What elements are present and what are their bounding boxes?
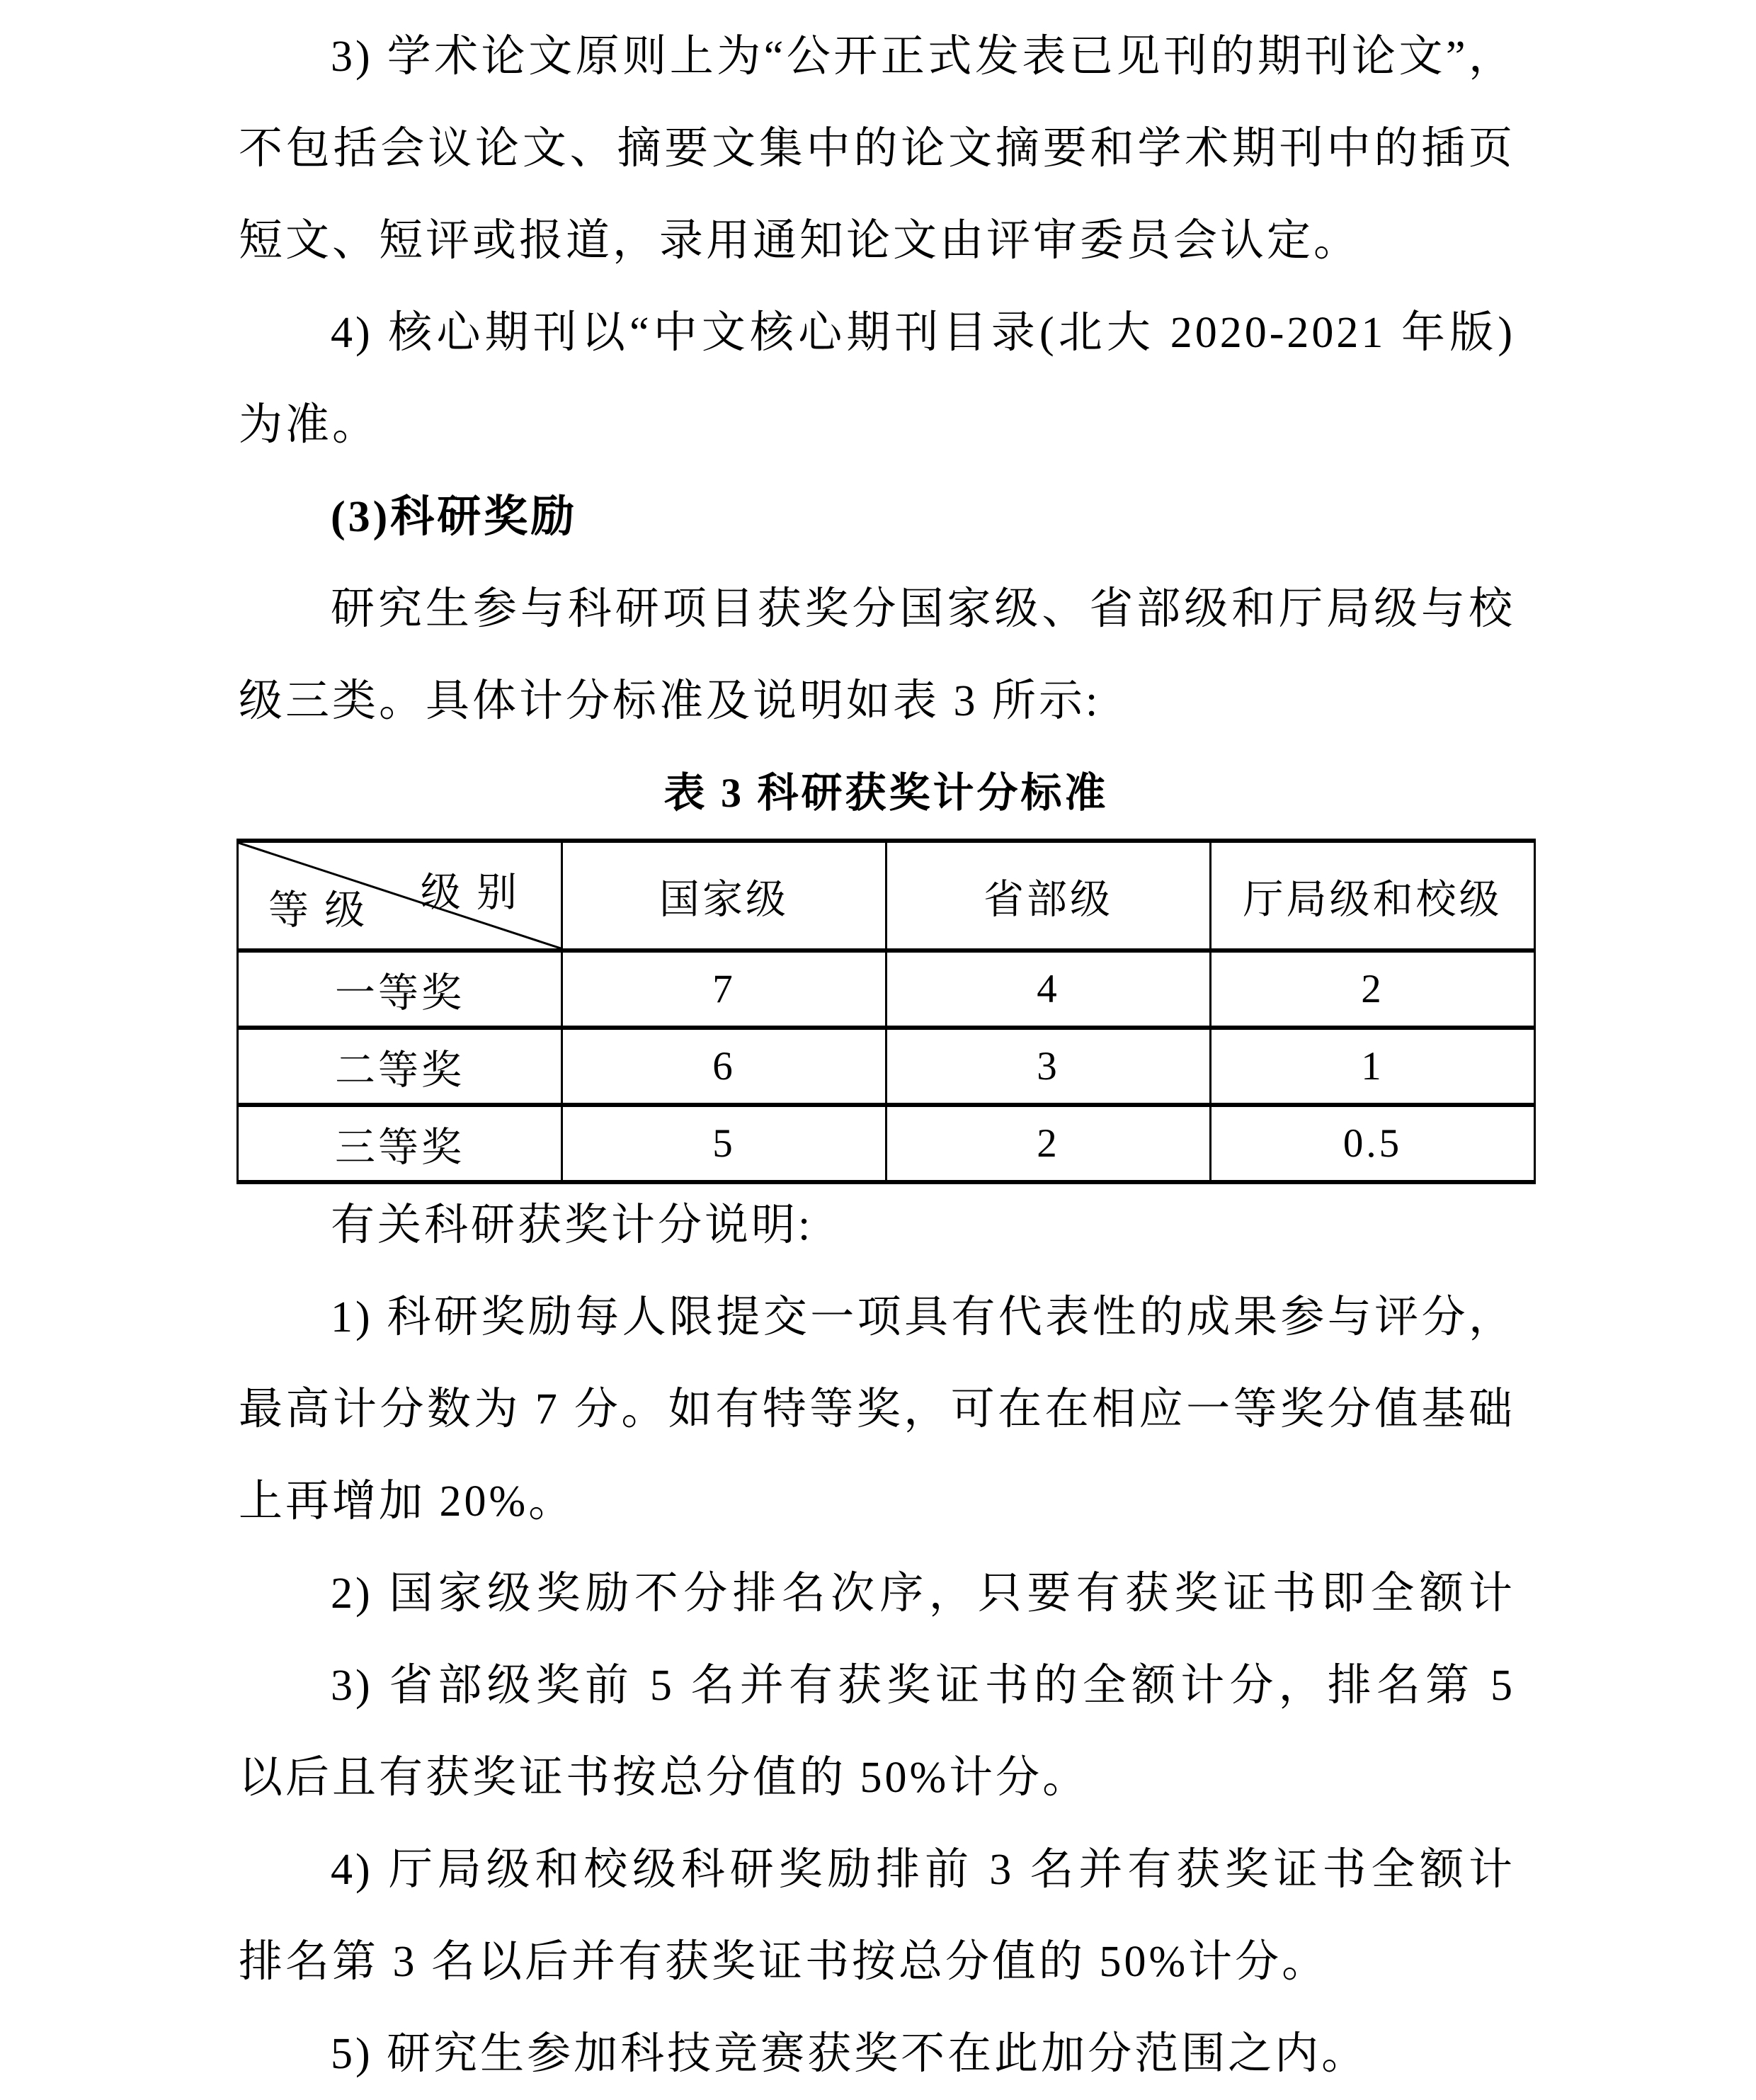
section-heading: (3)科研奖励 (239, 471, 1515, 563)
column-header: 厅局级和校级 (1211, 841, 1535, 950)
row-axis-label: 等 级 (268, 878, 367, 936)
column-axis-label: 级 别 (421, 860, 520, 918)
table-caption: 表 3 科研获奖计分标准 (236, 747, 1536, 839)
body-text-before-table: 3) 学术论文原则上为“公开正式发表已见刊的期刊论文”，不包括会议论文、摘要文集… (239, 11, 1515, 747)
text-line: 研究生参与科研项目获奖分国家级、省部级和厅局级与校 (239, 563, 1515, 655)
diagonal-header-cell: 级 别 等 级 (238, 841, 562, 950)
table-header-row: 级 别 等 级 国家级省部级厅局级和校级 (238, 841, 1535, 950)
score-cell: 0.5 (1211, 1105, 1535, 1182)
text-line: 以后且有获奖证书按总分值的 50%计分。 (239, 1732, 1515, 1824)
text-line: 4) 厅局级和校级科研奖励排前 3 名并有获奖证书全额计分， (239, 1824, 1515, 1916)
table-body: 一等奖742二等奖631三等奖520.5 (238, 950, 1535, 1182)
text-line: 最高计分数为 7 分。如有特等奖，可在在相应一等奖分值基础 (239, 1363, 1515, 1455)
score-cell: 7 (562, 950, 886, 1028)
score-cell: 2 (886, 1105, 1211, 1182)
text-line: 级三类。具体计分标准及说明如表 3 所示: (239, 655, 1515, 747)
body-text-after-table: 有关科研获奖计分说明:1) 科研奖励每人限提交一项具有代表性的成果参与评分，最高… (239, 1179, 1515, 2100)
score-cell: 1 (1211, 1028, 1535, 1105)
score-cell: 6 (562, 1028, 886, 1105)
text-line: 1) 科研奖励每人限提交一项具有代表性的成果参与评分， (239, 1271, 1515, 1363)
table-row: 一等奖742 (238, 950, 1535, 1028)
text-line: 为准。 (239, 379, 1515, 471)
document-page: 3) 学术论文原则上为“公开正式发表已见刊的期刊论文”，不包括会议论文、摘要文集… (0, 0, 1756, 2100)
text-line: 4) 核心期刊以“中文核心期刊目录(北大 2020-2021 年版) (239, 287, 1515, 379)
text-line: 上再增加 20%。 (239, 1455, 1515, 1548)
text-line: 排名第 3 名以后并有获奖证书按总分值的 50%计分。 (239, 1916, 1515, 2008)
score-cell: 5 (562, 1105, 886, 1182)
column-header: 省部级 (886, 841, 1211, 950)
row-label: 三等奖 (238, 1105, 562, 1182)
text-line: 短文、短评或报道，录用通知论文由评审委员会认定。 (239, 195, 1515, 287)
text-line: 3) 省部级奖前 5 名并有获奖证书的全额计分，排名第 5 名 (239, 1640, 1515, 1732)
column-header: 国家级 (562, 841, 886, 950)
text-line: 2) 国家级奖励不分排名次序，只要有获奖证书即全额计分。 (239, 1548, 1515, 1640)
text-line: 不包括会议论文、摘要文集中的论文摘要和学术期刊中的插页 (239, 103, 1515, 195)
text-line: 5) 研究生参加科技竞赛获奖不在此加分范围之内。 (239, 2008, 1515, 2100)
table-row: 三等奖520.5 (238, 1105, 1535, 1182)
score-cell: 4 (886, 950, 1211, 1028)
row-label: 一等奖 (238, 950, 562, 1028)
score-table: 级 别 等 级 国家级省部级厅局级和校级 一等奖742二等奖631三等奖520.… (236, 839, 1536, 1184)
score-cell: 2 (1211, 950, 1535, 1028)
row-label: 二等奖 (238, 1028, 562, 1105)
text-line: 有关科研获奖计分说明: (239, 1179, 1515, 1271)
text-line: 3) 学术论文原则上为“公开正式发表已见刊的期刊论文”， (239, 11, 1515, 103)
score-cell: 3 (886, 1028, 1211, 1105)
table-row: 二等奖631 (238, 1028, 1535, 1105)
